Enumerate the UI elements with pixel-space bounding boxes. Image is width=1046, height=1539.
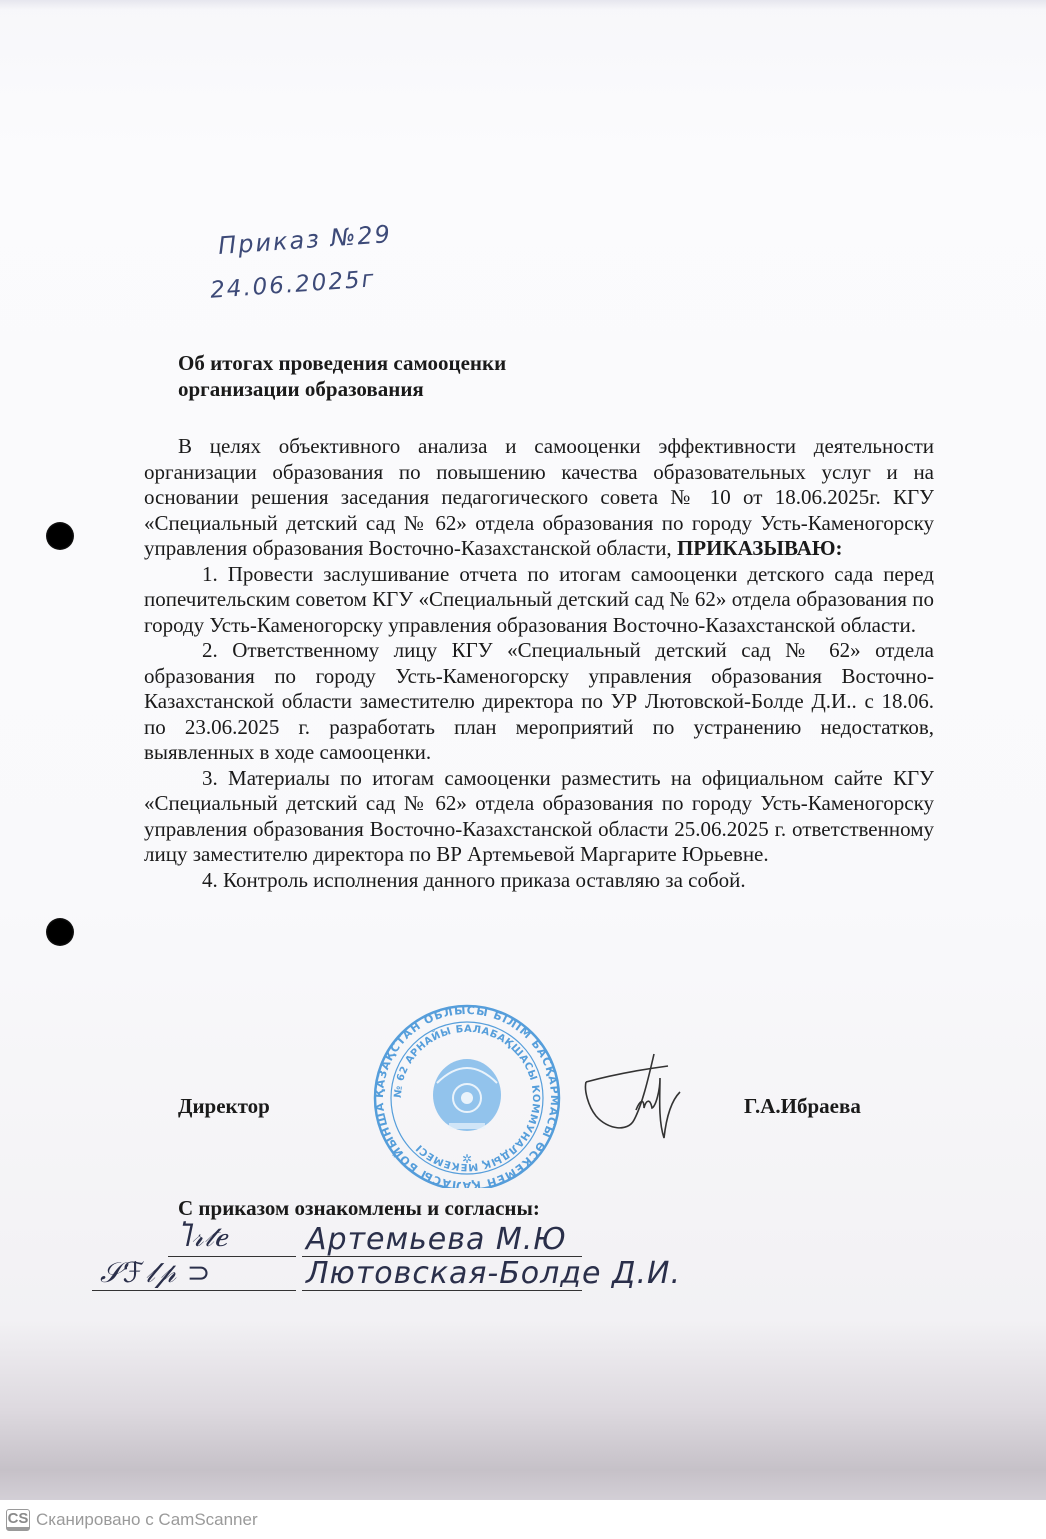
official-stamp: ҚАЗАҚСТАН ОБЛЫСЫ БІЛІМ БАСҚАРМАСЫ ӨСКЕМЕ… [367, 1003, 567, 1188]
director-signature [578, 1050, 688, 1150]
order-item-2: 2. Ответственному лицу КГУ «Специальный … [144, 638, 934, 766]
director-title: Директор [178, 1094, 270, 1119]
ack-signature-line-2 [92, 1290, 296, 1291]
scanned-page: Приказ №29 24.06.2025г Об итогах проведе… [0, 0, 1046, 1500]
title-line: Об итогах проведения самооценки [178, 350, 506, 376]
document-body: В целях объективного анализа и самооценк… [144, 434, 934, 893]
handwritten-order-date: 24.06.2025г [209, 266, 376, 304]
svg-text:✲: ✲ [462, 1152, 472, 1166]
ack-signature-2: 𝒮ℱ𝓁𝓅 ⊃ [100, 1256, 211, 1290]
order-item-4: 4. Контроль исполнения данного приказа о… [144, 868, 934, 894]
acknowledgement-title: С приказом ознакомлены и согласны: [178, 1196, 540, 1221]
camscanner-logo-icon: CS [6, 1509, 30, 1531]
ack-name-1: Артемьева М.Ю [306, 1222, 567, 1257]
title-line: организации образования [178, 376, 506, 402]
watermark-text: Сканировано с CamScanner [36, 1510, 258, 1530]
order-word: ПРИКАЗЫВАЮ: [677, 536, 843, 560]
scanner-watermark: CS Сканировано с CamScanner [0, 1500, 1046, 1539]
ack-name-2: Лютовская-Болде Д.И. [306, 1256, 681, 1291]
punch-hole-top [46, 522, 74, 550]
order-item-1: 1. Провести заслушивание отчета по итога… [144, 562, 934, 639]
preamble-paragraph: В целях объективного анализа и самооценк… [144, 434, 934, 562]
document-title: Об итогах проведения самооценки организа… [178, 350, 506, 402]
order-item-3: 3. Материалы по итогам самооценки размес… [144, 766, 934, 868]
punch-hole-bottom [46, 918, 74, 946]
handwritten-order-number: Приказ №29 [217, 220, 393, 260]
ack-signature-1: Ⴈ𝓇𝓉𝒆 [178, 1220, 228, 1254]
director-name: Г.А.Ибраева [744, 1094, 861, 1119]
